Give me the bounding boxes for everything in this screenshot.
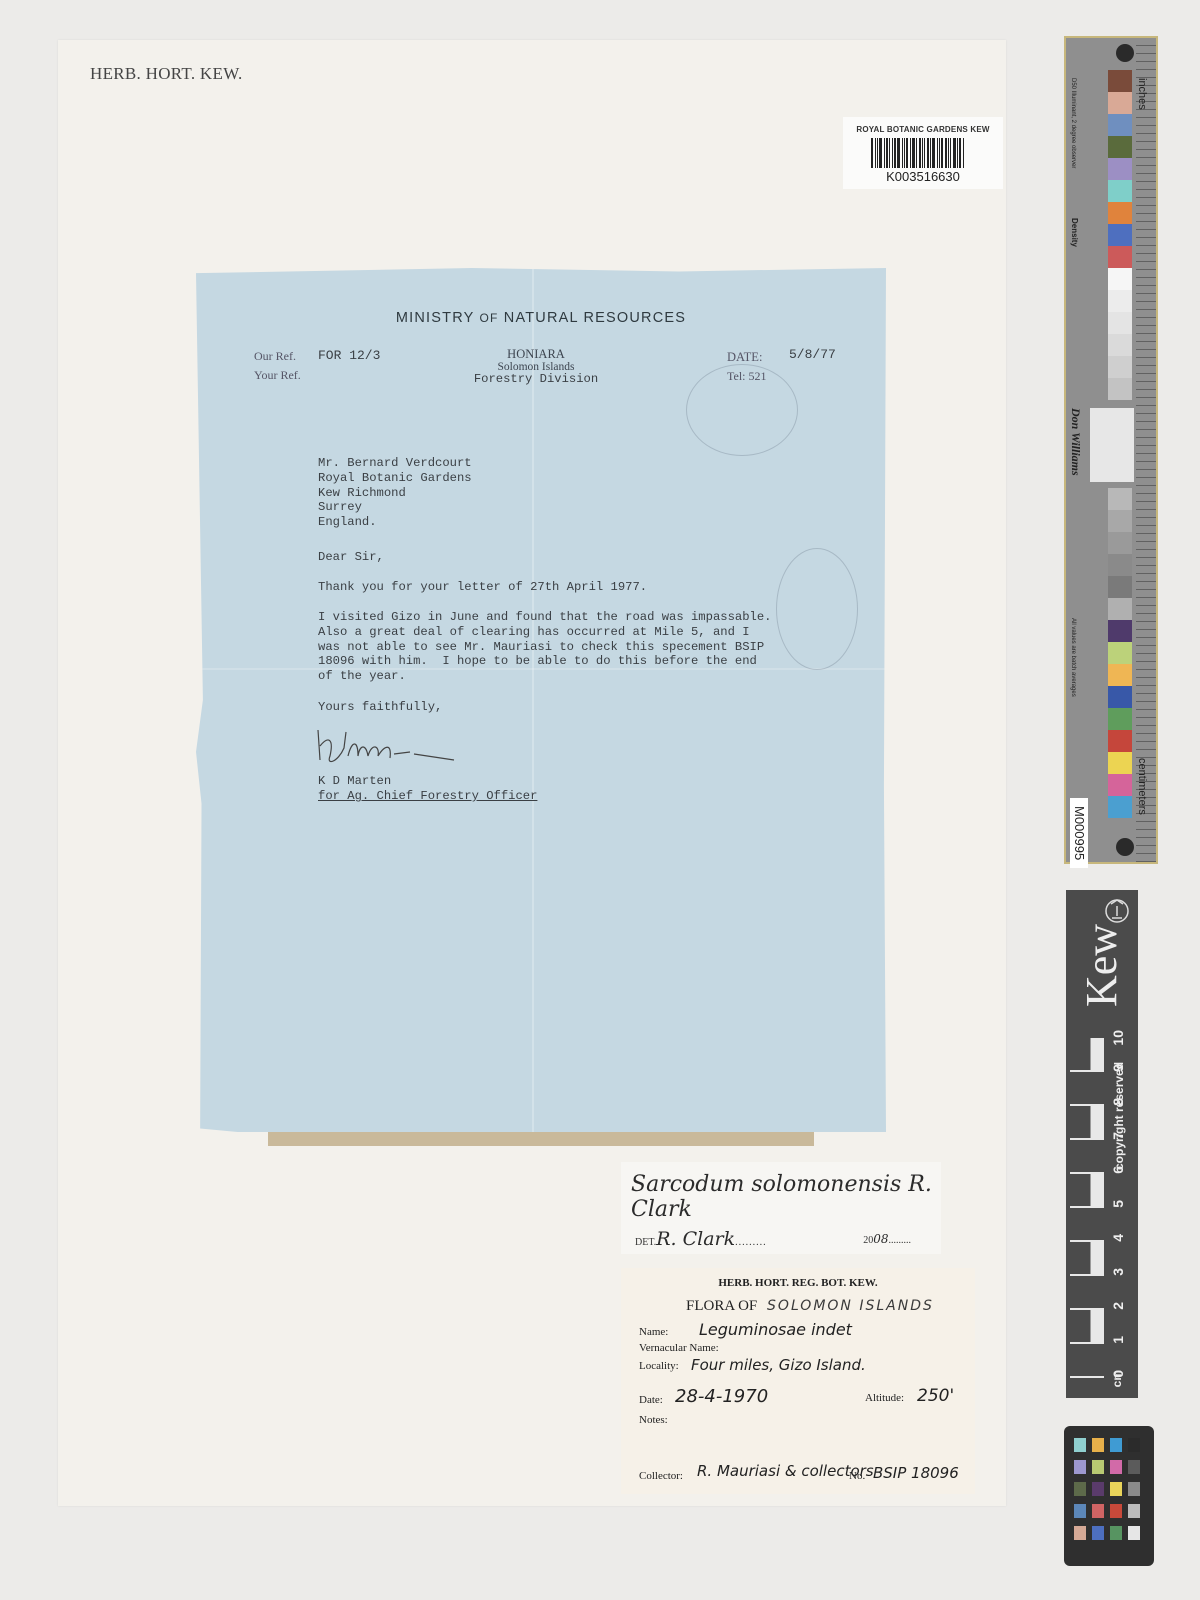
color-swatch	[1108, 246, 1132, 268]
checker-cell	[1128, 1526, 1140, 1540]
color-swatch	[1108, 796, 1132, 818]
color-swatch	[1108, 224, 1132, 246]
checker-cell	[1110, 1460, 1122, 1474]
color-swatch	[1108, 730, 1132, 752]
scale-segment	[1070, 1140, 1104, 1174]
checker-cell	[1074, 1438, 1086, 1452]
ruler-brand: Don Williams	[1068, 408, 1083, 476]
checker-cell	[1110, 1482, 1122, 1496]
collector-value: R. Mauriasi & collectors	[697, 1462, 874, 1480]
flora-of-row: FLORA OF SOLOMON ISLANDS	[686, 1298, 934, 1315]
color-swatch	[1108, 356, 1132, 378]
paragraph-2: I visited Gizo in June and found that th…	[318, 610, 771, 684]
scale-number: 9	[1110, 1064, 1132, 1072]
ruler-ticks	[1136, 38, 1156, 862]
ruler-code: M000995	[1070, 798, 1088, 868]
scale-number: 4	[1110, 1234, 1132, 1242]
checker-cell	[1074, 1526, 1086, 1540]
year-prefix: 20	[863, 1235, 873, 1246]
number-value: BSIP 18096	[873, 1464, 959, 1482]
notes-label: Notes:	[639, 1414, 668, 1426]
color-swatch	[1108, 92, 1132, 114]
scale-segment	[1070, 1106, 1104, 1140]
letterhead-word: MINISTRY	[396, 310, 474, 326]
recipient-address: Mr. Bernard Verdcourt Royal Botanic Gard…	[318, 456, 472, 530]
flora-label: HERB. HORT. REG. BOT. KEW. FLORA OF SOLO…	[621, 1268, 975, 1494]
letterhead-title: MINISTRY OF NATURAL RESOURCES	[196, 310, 886, 326]
color-swatch	[1108, 334, 1132, 356]
determined-name: Sarcodum solomonensis R. Clark	[631, 1172, 941, 1222]
checker-cell	[1110, 1504, 1122, 1518]
scale-number: 1	[1110, 1336, 1132, 1344]
letterhead-word: NATURAL RESOURCES	[504, 310, 686, 326]
scale-bars	[1070, 1038, 1104, 1388]
flora-institution: HERB. HORT. REG. BOT. KEW.	[621, 1277, 975, 1289]
salutation: Dear Sir,	[318, 550, 384, 565]
checker-cell	[1074, 1482, 1086, 1496]
altitude-label: Altitude:	[865, 1392, 904, 1404]
scale-numbers: 012345678910	[1110, 1038, 1132, 1383]
date-value: 5/8/77	[789, 347, 836, 362]
color-swatches	[1108, 70, 1132, 400]
density-label: Density	[1070, 218, 1079, 247]
color-swatch	[1108, 488, 1132, 510]
determiner-row: DET.R. Clark.........	[635, 1228, 767, 1250]
color-swatch	[1108, 114, 1132, 136]
color-swatch	[1108, 620, 1132, 642]
color-swatch	[1108, 598, 1132, 620]
barcode-label: ROYAL BOTANIC GARDENS KEW K003516630	[843, 117, 1003, 189]
checker-cell	[1128, 1482, 1140, 1496]
checker-cell	[1128, 1504, 1140, 1518]
scale-number: 7	[1110, 1132, 1132, 1140]
locality-value: Four miles, Gizo Island.	[691, 1356, 866, 1374]
barcode-number: K003516630	[843, 169, 1003, 184]
det-label: DET.	[635, 1237, 656, 1248]
checker-cell	[1092, 1438, 1104, 1452]
vernacular-label: Vernacular Name:	[639, 1342, 719, 1354]
collection-date: 28-4-1970	[675, 1386, 768, 1407]
scale-segment	[1070, 1310, 1104, 1344]
scale-number: 5	[1110, 1200, 1132, 1208]
color-swatch	[1108, 752, 1132, 774]
date-label: Date:	[639, 1394, 663, 1406]
color-swatch	[1108, 554, 1132, 576]
scale-number: 10	[1110, 1030, 1132, 1046]
color-swatch	[1108, 202, 1132, 224]
color-swatch	[1108, 664, 1132, 686]
color-checker-card	[1064, 1426, 1154, 1566]
color-calibration-ruler: inches centimeters D50 Illuminant, 2 deg…	[1064, 36, 1158, 864]
checker-cell	[1110, 1438, 1122, 1452]
color-swatch	[1108, 708, 1132, 730]
color-swatch	[1108, 378, 1132, 400]
closing: Yours faithfully,	[318, 700, 442, 715]
telephone: Tel: 521	[727, 369, 767, 384]
color-swatch	[1108, 510, 1132, 532]
ruler-hole	[1116, 44, 1134, 62]
color-swatch	[1108, 312, 1132, 334]
kew-scale-bar: Kew copyright reserved 012345678910 cm	[1066, 890, 1138, 1398]
determination-label: Sarcodum solomonensis R. Clark DET.R. Cl…	[621, 1162, 941, 1254]
color-swatch	[1108, 774, 1132, 796]
scale-segment	[1070, 1174, 1104, 1208]
checker-cell	[1092, 1526, 1104, 1540]
checker-cell	[1074, 1460, 1086, 1474]
color-swatch	[1108, 532, 1132, 554]
signature	[314, 726, 464, 766]
batch-note: All values are batch averages	[1070, 618, 1076, 697]
scale-segment	[1070, 1208, 1104, 1242]
determiner: R. Clark	[656, 1228, 735, 1250]
color-swatch	[1108, 136, 1132, 158]
division: Forestry Division	[196, 372, 876, 386]
checker-cell	[1092, 1504, 1104, 1518]
locality-label: Locality:	[639, 1360, 679, 1372]
scale-segment	[1070, 1276, 1104, 1310]
color-swatch	[1108, 290, 1132, 312]
name-label: Name:	[639, 1326, 668, 1338]
collector-label: Collector:	[639, 1470, 683, 1482]
color-swatch	[1108, 70, 1132, 92]
ruler-hole	[1116, 838, 1134, 856]
barcode-organization: ROYAL BOTANIC GARDENS KEW	[843, 125, 1003, 134]
checker-cell	[1074, 1504, 1086, 1518]
scale-number: 8	[1110, 1098, 1132, 1106]
flora-of-value: SOLOMON ISLANDS	[767, 1298, 934, 1314]
checker-cell	[1092, 1482, 1104, 1496]
color-swatch	[1108, 158, 1132, 180]
illuminant-note: D50 Illuminant, 2 degree observer	[1070, 78, 1076, 168]
kew-logo: Kew	[1076, 900, 1127, 1030]
unit-label: cm	[1110, 1370, 1124, 1387]
color-swatches	[1108, 488, 1132, 818]
scale-segment	[1070, 1038, 1104, 1072]
checker-cell	[1092, 1460, 1104, 1474]
inches-label: inches	[1136, 78, 1148, 110]
letter-document: MINISTRY OF NATURAL RESOURCES Our Ref. Y…	[196, 268, 886, 1132]
paragraph-1: Thank you for your letter of 27th April …	[318, 580, 647, 595]
color-swatch	[1108, 180, 1132, 202]
number-label: No.	[849, 1470, 865, 1482]
letterhead-word: OF	[479, 311, 498, 325]
city: HONIARA	[196, 347, 876, 362]
color-swatch	[1108, 576, 1132, 598]
checker-cell	[1128, 1460, 1140, 1474]
flora-of-label: FLORA OF	[686, 1298, 757, 1314]
color-swatch	[1108, 686, 1132, 708]
scale-segment	[1070, 1344, 1104, 1378]
altitude-value: 250'	[917, 1386, 954, 1406]
color-swatch	[1108, 268, 1132, 290]
ink-stamp	[776, 548, 858, 670]
scale-segment	[1070, 1072, 1104, 1106]
scale-number: 3	[1110, 1268, 1132, 1276]
barcode-icon	[871, 138, 975, 168]
color-swatch	[1108, 642, 1132, 664]
scale-number: 2	[1110, 1302, 1132, 1310]
centimeters-label: centimeters	[1136, 758, 1148, 815]
year-value: 08	[873, 1232, 888, 1246]
determination-year: 2008.........	[863, 1232, 911, 1246]
fold-line	[532, 268, 534, 1132]
name-value: Leguminosae indet	[699, 1320, 852, 1339]
signatory-title: for Ag. Chief Forestry Officer	[318, 789, 537, 803]
herbarium-header: HERB. HORT. KEW.	[90, 64, 243, 84]
signatory-name: K D Marten	[318, 774, 391, 788]
checker-cell	[1110, 1526, 1122, 1540]
scale-segment	[1070, 1242, 1104, 1276]
ruler-photo-target	[1090, 408, 1134, 482]
scale-number: 6	[1110, 1166, 1132, 1174]
checker-cell	[1128, 1438, 1140, 1452]
date-label: DATE:	[727, 350, 762, 365]
